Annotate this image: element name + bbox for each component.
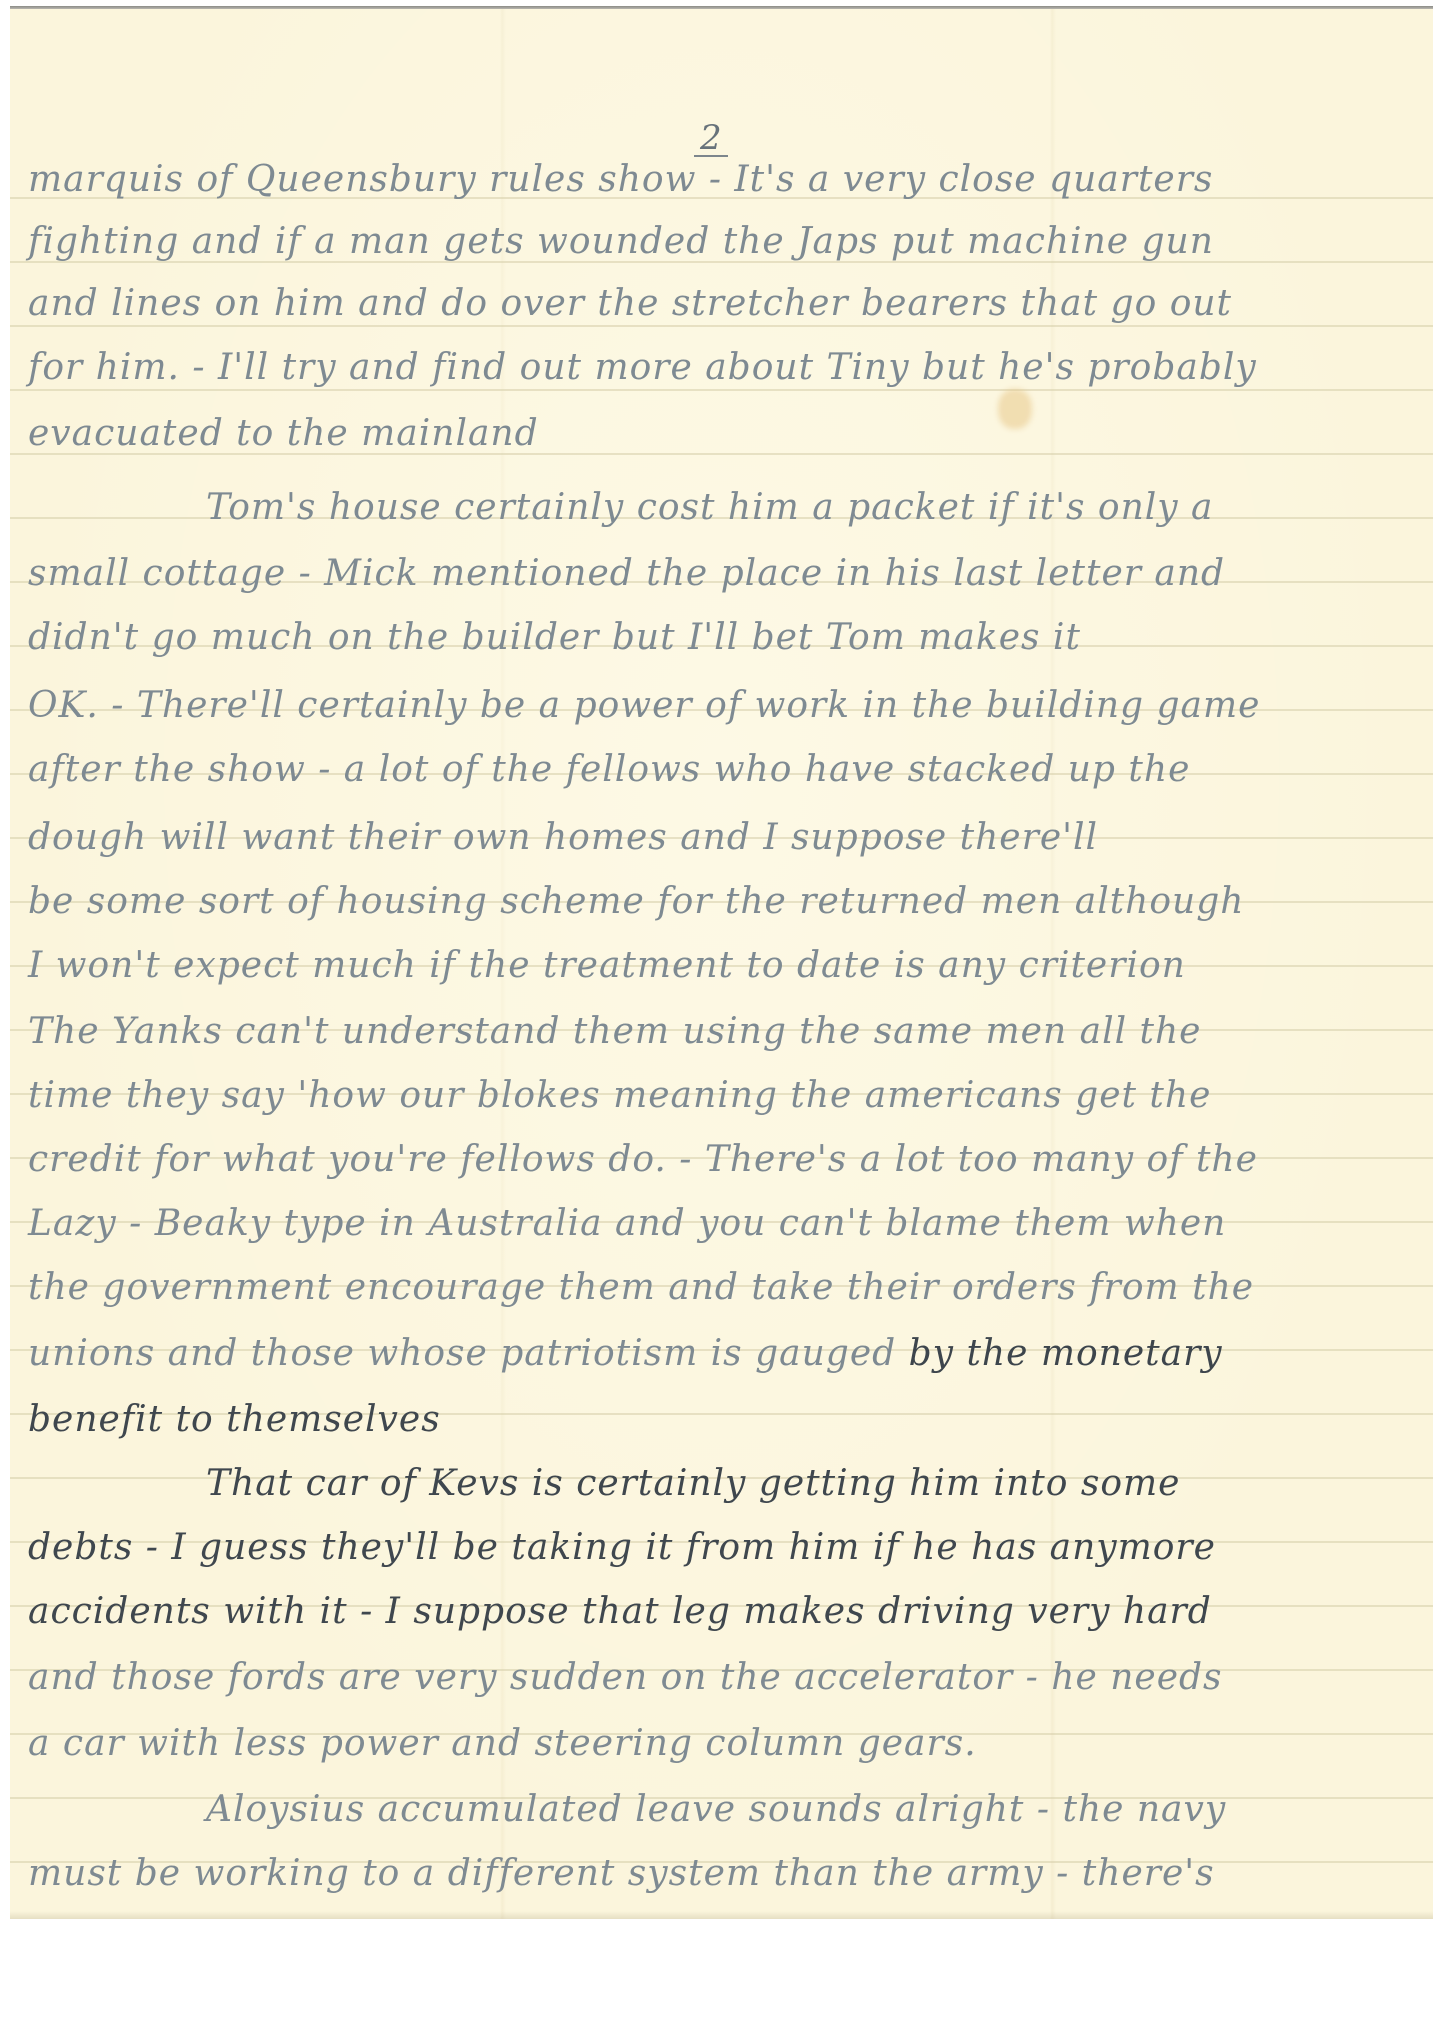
text-line: and lines on him and do over the stretch… — [28, 283, 1232, 324]
text-line: a car with less power and steering colum… — [28, 1723, 977, 1764]
text-line: I won't expect much if the treatment to … — [28, 945, 1186, 986]
text-line: time they say 'how our blokes meaning th… — [28, 1075, 1211, 1116]
text-line: marquis of Queensbury rules show - It's … — [28, 159, 1213, 200]
text-line: for him. - I'll try and find out more ab… — [28, 347, 1257, 388]
ruled-line — [10, 389, 1433, 391]
ruled-line — [10, 325, 1433, 327]
paper-stain — [998, 389, 1032, 429]
page-number: 2 — [694, 121, 728, 157]
text-line: credit for what you're fellows do. - The… — [28, 1139, 1258, 1180]
text-line: benefit to themselves — [28, 1399, 441, 1440]
text-line: accidents with it - I suppose that leg m… — [28, 1591, 1212, 1632]
text-line: OK. - There'll certainly be a power of w… — [28, 685, 1260, 726]
text-line: evacuated to the mainland — [28, 413, 539, 454]
text-line: fighting and if a man gets wounded the J… — [28, 221, 1214, 262]
text-line: unions and those whose patriotism is gau… — [28, 1333, 1223, 1374]
text-line-part-dark: by the monetary — [909, 1333, 1223, 1374]
text-line: That car of Kevs is certainly getting hi… — [206, 1463, 1180, 1504]
text-line: after the show - a lot of the fellows wh… — [28, 749, 1190, 790]
text-line: Lazy - Beaky type in Australia and you c… — [28, 1203, 1226, 1244]
text-line: Aloysius accumulated leave sounds alrigh… — [206, 1789, 1226, 1830]
text-line: and those fords are very sudden on the a… — [28, 1657, 1223, 1698]
letter-page: 2 marquis of Queensbury rules show - It'… — [10, 9, 1433, 1919]
text-line: must be working to a different system th… — [28, 1853, 1215, 1894]
text-line: debts - I guess they'll be taking it fro… — [28, 1527, 1216, 1568]
text-line: didn't go much on the builder but I'll b… — [28, 617, 1081, 658]
text-line: Tom's house certainly cost him a packet … — [206, 487, 1214, 528]
text-line: The Yanks can't understand them using th… — [28, 1011, 1202, 1052]
text-line: dough will want their own homes and I su… — [28, 817, 1098, 858]
text-line: small cottage - Mick mentioned the place… — [28, 553, 1225, 594]
text-line-part: unions and those whose patriotism is gau… — [28, 1333, 896, 1374]
text-line: the government encourage them and take t… — [28, 1267, 1254, 1308]
text-line: be some sort of housing scheme for the r… — [28, 881, 1244, 922]
